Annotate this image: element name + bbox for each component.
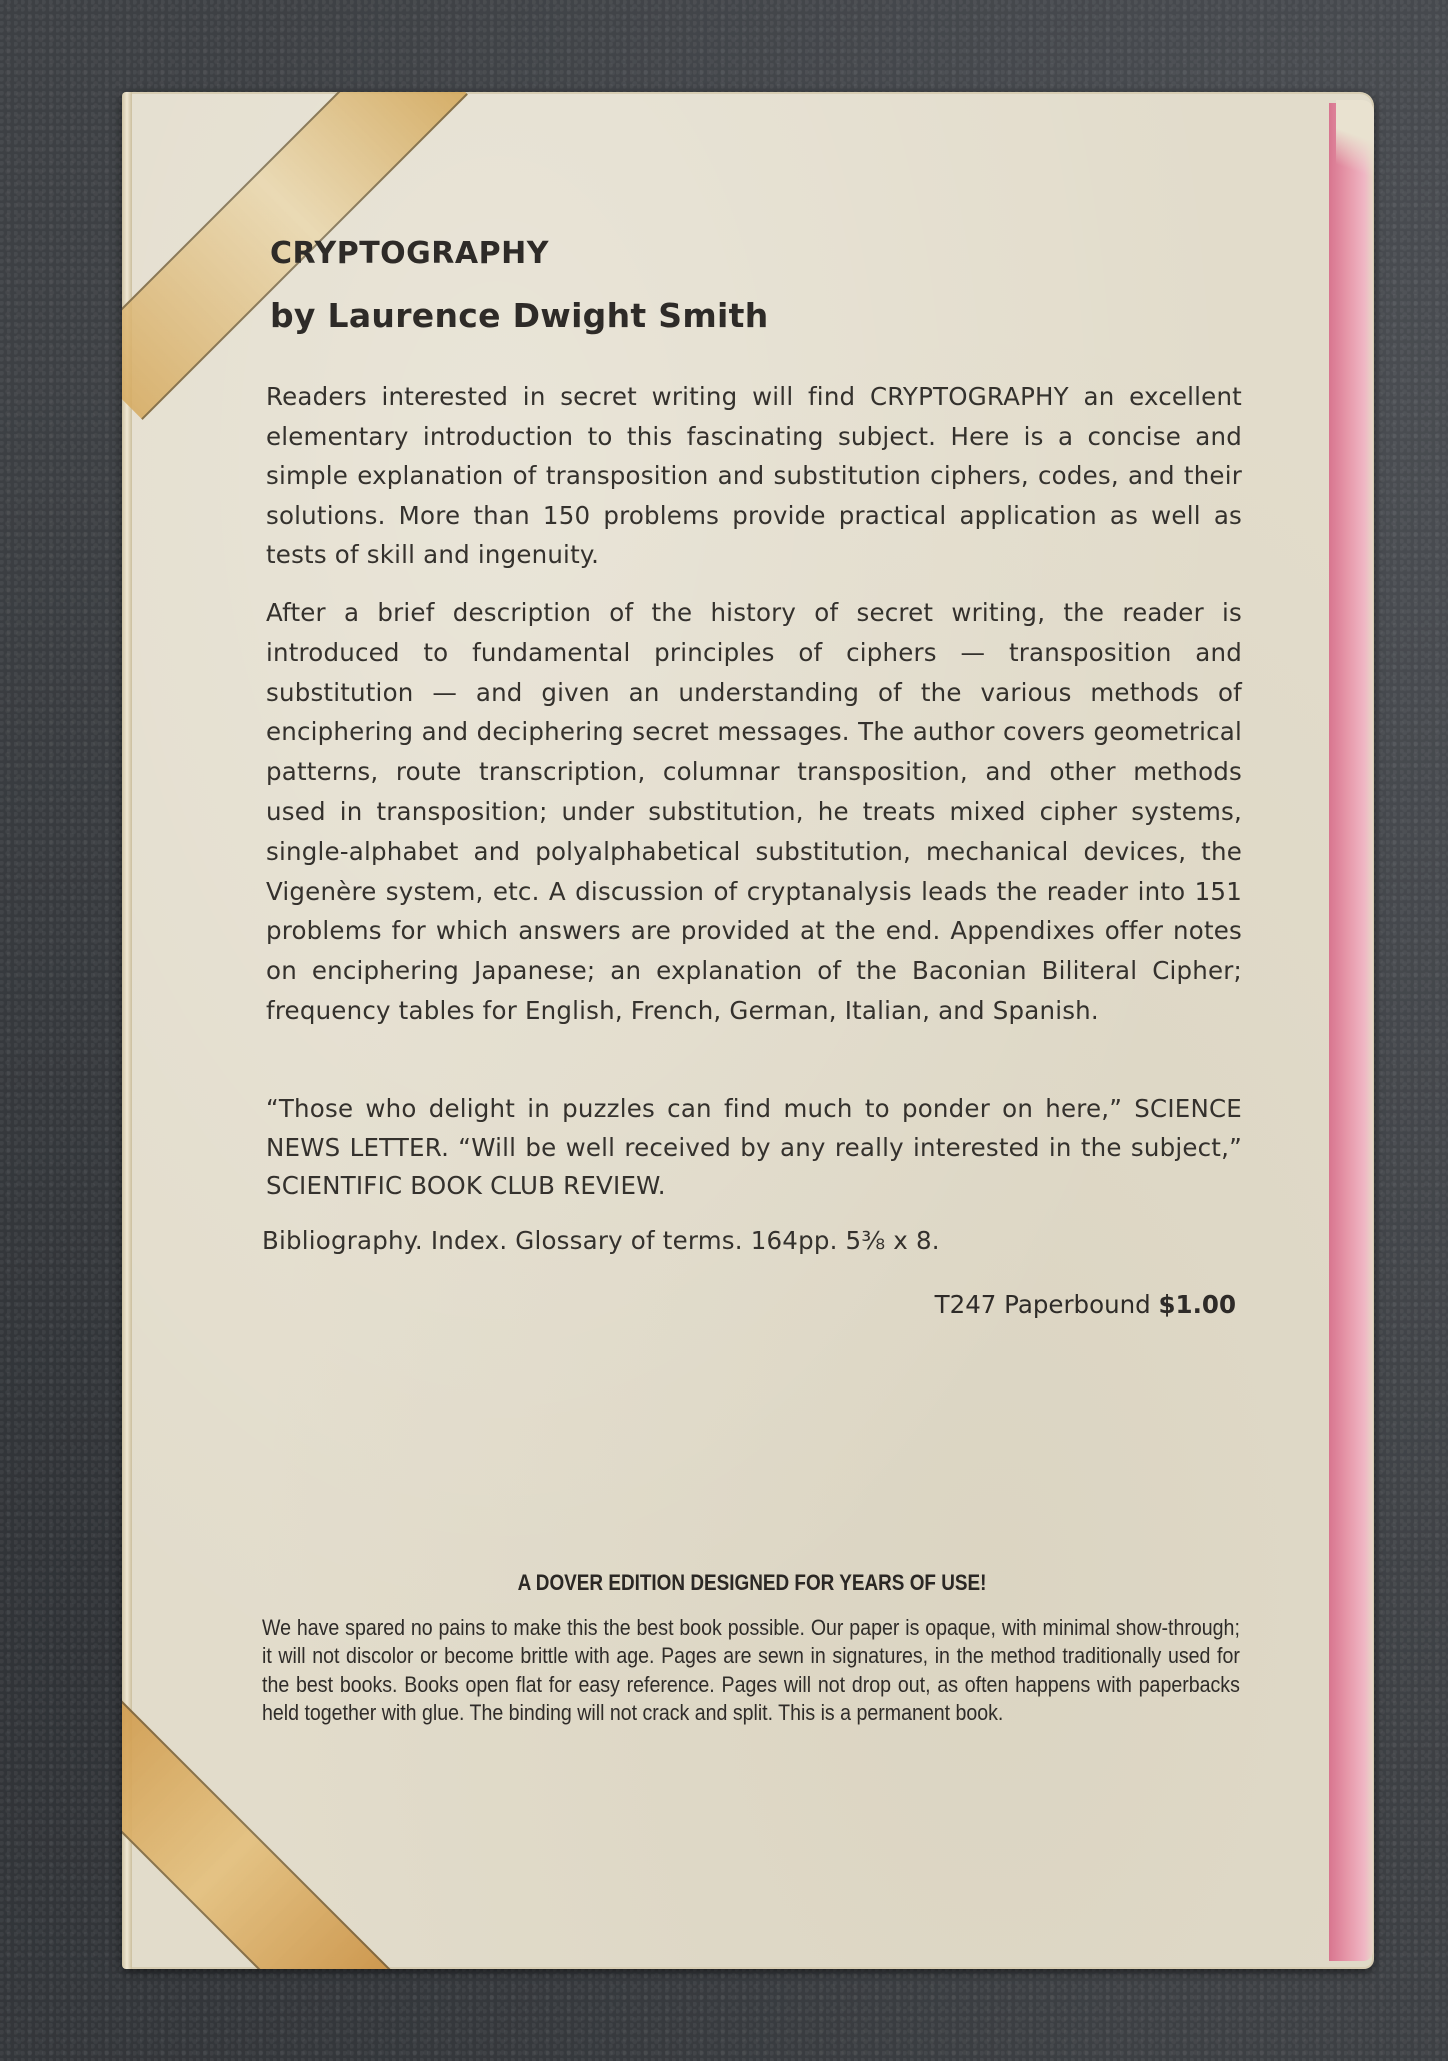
- description-paragraph-2: After a brief description of the history…: [266, 593, 1242, 1031]
- price: $1.00: [1159, 1290, 1237, 1319]
- catalog-number: T247 Paperbound: [935, 1290, 1159, 1319]
- spine-wear: [1336, 100, 1374, 190]
- price-line: T247 Paperbound $1.00: [935, 1290, 1236, 1319]
- bottom-corner-tape: [122, 1700, 422, 1969]
- dover-notice-heading: A DOVER EDITION DESIGNED FOR YEARS OF US…: [331, 1570, 1174, 1596]
- tape-strip-bottom: [122, 1700, 404, 1969]
- review-quotes: “Those who delight in puzzles can find m…: [266, 1090, 1242, 1206]
- book-title: CRYPTOGRAPHY: [270, 236, 549, 271]
- book-author: by Laurence Dwight Smith: [270, 296, 769, 335]
- book-specs: Bibliography. Index. Glossary of terms. …: [262, 1226, 940, 1255]
- description-paragraph-1: Readers interested in secret writing wil…: [266, 377, 1242, 575]
- dover-notice-body: We have spared no pains to make this the…: [262, 1614, 1240, 1728]
- pink-spine: [1329, 103, 1373, 1961]
